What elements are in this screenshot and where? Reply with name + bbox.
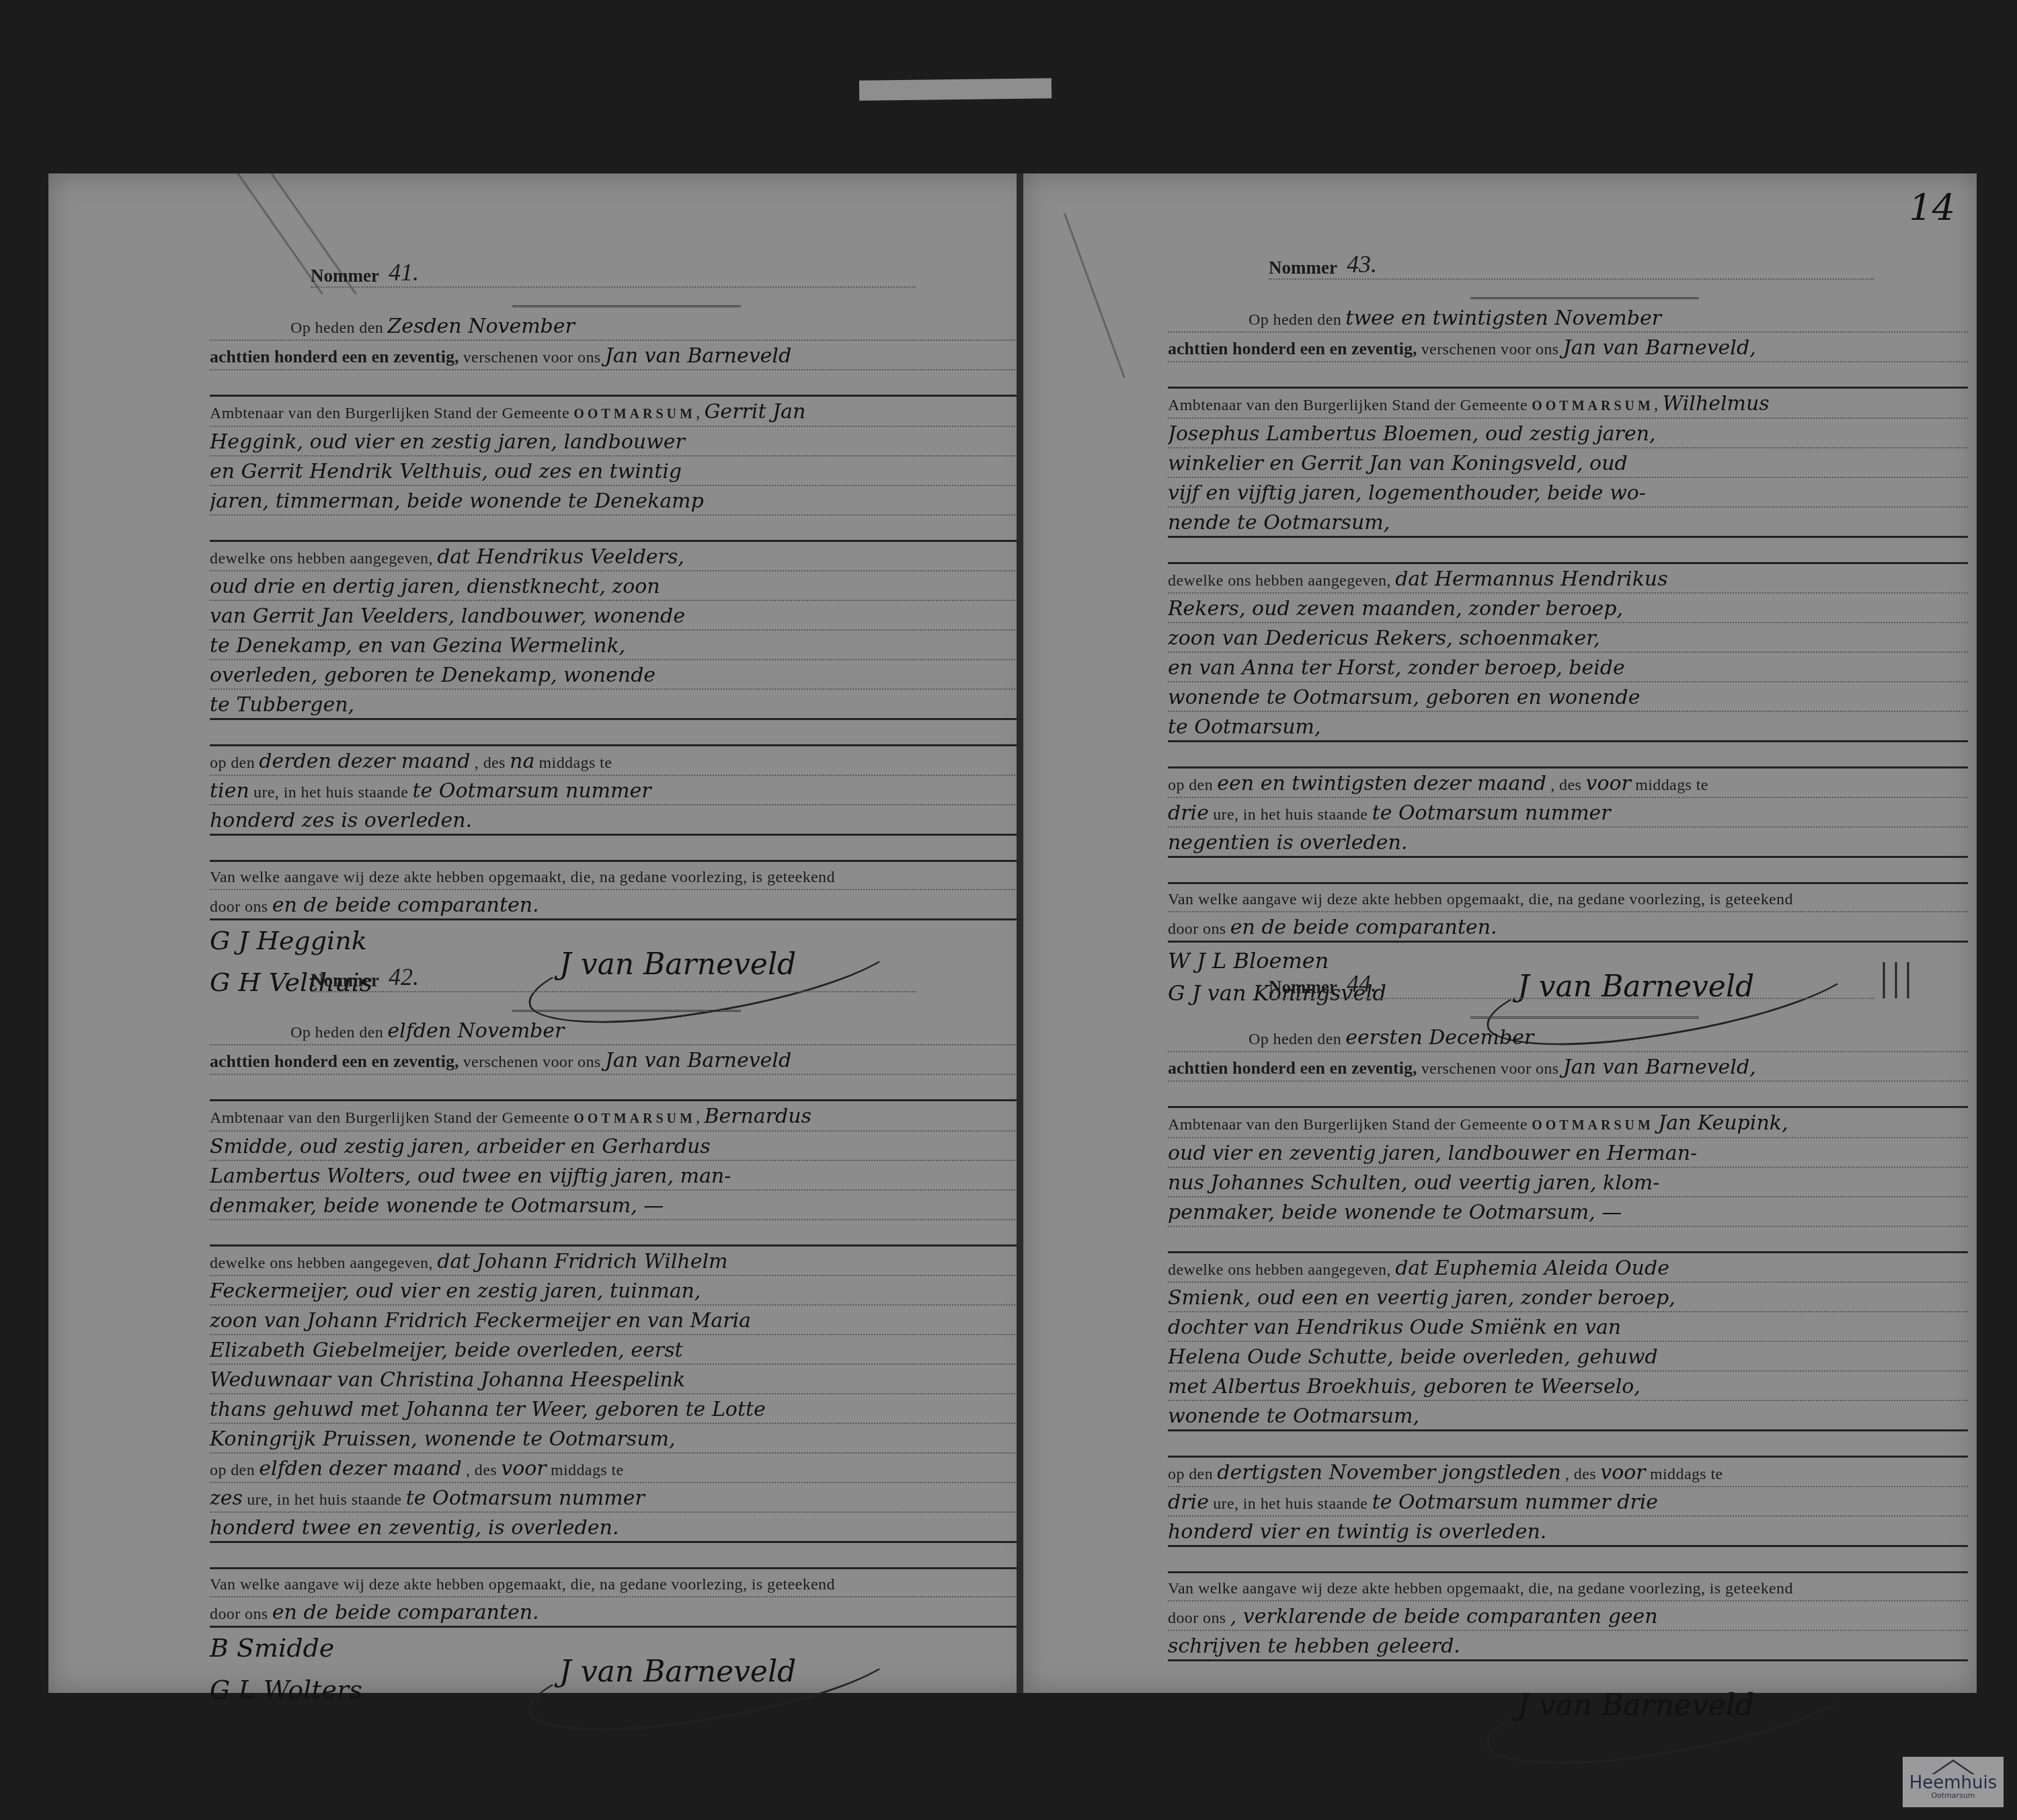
- declaration-line: oud drie en dertig jaren, dienstknecht, …: [210, 571, 1050, 601]
- death-place-line: drie ure, in het huis staande te Ootmars…: [1168, 798, 1968, 828]
- house-roof-icon: [1932, 1759, 1975, 1774]
- page-scratch: [1064, 213, 1125, 378]
- informants-line: en Gerrit Hendrik Velthuis, oud zes en t…: [210, 457, 1050, 486]
- record-number: Nommer 41.: [311, 249, 916, 288]
- double-rule: [1470, 297, 1699, 303]
- official-signature: J van Barneveld: [1517, 1688, 1754, 1723]
- closing-line: door ons en de beide comparanten.: [210, 1597, 1050, 1628]
- double-rule: [512, 305, 741, 311]
- informants-line: oud vier en zeventig jaren, landbouwer e…: [1168, 1138, 1968, 1168]
- informants-line: nus Johannes Schulten, oud veertig jaren…: [1168, 1168, 1968, 1197]
- rule: [210, 1543, 1050, 1569]
- informants-line: Ambtenaar van den Burgerlijken Stand der…: [1168, 389, 1968, 419]
- closing-line: door ons en de beide comparanten.: [1168, 912, 1968, 943]
- death-place-line: negentien is overleden.: [1168, 828, 1968, 858]
- rule: [1168, 1227, 1968, 1253]
- declaration-line: te Ootmarsum,: [1168, 712, 1968, 742]
- declaration-line: te Denekamp, en van Gezina Wermelink,: [210, 631, 1050, 660]
- folio-number: 14: [1909, 187, 1955, 229]
- rule: [210, 516, 1050, 542]
- informants-line: Heggink, oud vier en zestig jaren, landb…: [210, 427, 1050, 457]
- declaration-line: te Tubbergen,: [210, 690, 1050, 720]
- date-line: Op heden den elfden November: [210, 1016, 1050, 1045]
- rule: [1168, 858, 1968, 884]
- declaration-line: dewelke ons hebben aangegeven, dat Euphe…: [1168, 1253, 1968, 1283]
- death-record-42: Nommer 42. Op heden den elfden November …: [210, 953, 1050, 1729]
- declaration-line: overleden, geboren te Denekamp, wonende: [210, 660, 1050, 690]
- declaration-line: Weduwnaar van Christina Johanna Heespeli…: [210, 1365, 1050, 1394]
- record-number: Nommer 42.: [311, 953, 916, 992]
- death-time-line: op den derden dezer maand , des na midda…: [210, 746, 1050, 776]
- rule: [1168, 538, 1968, 564]
- declaration-line: wonende te Ootmarsum,: [1168, 1401, 1968, 1431]
- declaration-line: en van Anna ter Horst, zonder beroep, be…: [1168, 653, 1968, 682]
- date-line: Op heden den Zesden November: [210, 311, 1050, 341]
- declaration-line: Smienk, oud een en veertig jaren, zonder…: [1168, 1283, 1968, 1312]
- closing-line: Van welke aangave wij deze akte hebben o…: [210, 1569, 1050, 1597]
- declaration-line: Rekers, oud zeven maanden, zonder beroep…: [1168, 594, 1968, 623]
- witness-signature: G L Wolters: [210, 1675, 362, 1704]
- closing-line: door ons en de beide comparanten.: [210, 890, 1050, 920]
- death-time-line: op den dertigsten November jongstleden ,…: [1168, 1458, 1968, 1487]
- rule: [210, 1075, 1050, 1101]
- signatures: J van Barneveld: [1168, 1661, 1968, 1762]
- declaration-line: dochter van Hendrikus Oude Smiënk en van: [1168, 1312, 1968, 1342]
- record-number: Nommer 44.: [1269, 960, 1874, 999]
- informants-line: penmaker, beide wonende te Ootmarsum, —: [1168, 1197, 1968, 1227]
- declaration-line: dewelke ons hebben aangegeven, dat Hendr…: [210, 542, 1050, 571]
- rule: [1168, 742, 1968, 768]
- rule: [210, 370, 1050, 397]
- declaration-line: van Gerrit Jan Veelders, landbouwer, won…: [210, 601, 1050, 631]
- declaration-line: thans gehuwd met Johanna ter Weer, gebor…: [210, 1394, 1050, 1424]
- official-signature: J van Barneveld: [559, 1655, 796, 1689]
- death-record-44: Nommer 44. Op heden den eersten December…: [1168, 960, 1968, 1762]
- informants-line: Ambtenaar van den Burgerlijken Stand der…: [210, 1101, 1050, 1132]
- right-page: 14 ||| Nommer 43. Op heden den twee en t…: [1023, 173, 1977, 1693]
- rule: [1168, 362, 1968, 389]
- death-record-43: Nommer 43. Op heden den twee en twintigs…: [1168, 241, 1968, 1043]
- rule: [210, 836, 1050, 862]
- informants-line: Smidde, oud zestig jaren, arbeider en Ge…: [210, 1132, 1050, 1161]
- death-time-line: op den elfden dezer maand , des voor mid…: [210, 1454, 1050, 1483]
- date-line: Op heden den twee en twintigsten Novembe…: [1168, 303, 1968, 333]
- declaration-line: zoon van Dedericus Rekers, schoenmaker,: [1168, 623, 1968, 653]
- informants-line: vijf en vijftig jaren, logementhouder, b…: [1168, 478, 1968, 508]
- date-line: Op heden den eersten December: [1168, 1023, 1968, 1052]
- year-official-line: achttien honderd een en zeventig, versch…: [210, 341, 1050, 370]
- year-official-line: achttien honderd een en zeventig, versch…: [210, 1045, 1050, 1075]
- informants-line: Lambertus Wolters, oud twee en vijftig j…: [210, 1161, 1050, 1191]
- signatures: B Smidde G L Wolters J van Barneveld: [210, 1628, 1050, 1729]
- witness-signature: B Smidde: [210, 1633, 334, 1663]
- archive-watermark: Heemhuis Ootmarsum: [1903, 1757, 2004, 1807]
- closing-line: schrijven te hebben geleerd.: [1168, 1631, 1968, 1661]
- witness-signature: G J Heggink: [210, 926, 367, 955]
- closing-line: Van welke aangave wij deze akte hebben o…: [1168, 1573, 1968, 1601]
- death-place-line: honderd vier en twintig is overleden.: [1168, 1517, 1968, 1547]
- double-rule: [512, 1010, 741, 1016]
- death-record-41: Nommer 41. Op heden den Zesden November …: [210, 249, 1050, 1021]
- declaration-line: zoon van Johann Fridrich Feckermeijer en…: [210, 1306, 1050, 1335]
- informants-line: denmaker, beide wonende te Ootmarsum, —: [210, 1191, 1050, 1220]
- informants-line: Ambtenaar van den Burgerlijken Stand der…: [1168, 1108, 1968, 1138]
- death-place-line: honderd twee en zeventig, is overleden.: [210, 1513, 1050, 1543]
- rule: [1168, 1082, 1968, 1108]
- death-place-line: drie ure, in het huis staande te Ootmars…: [1168, 1487, 1968, 1517]
- declaration-line: Koningrijk Pruissen, wonende te Ootmarsu…: [210, 1424, 1050, 1454]
- rule: [210, 720, 1050, 746]
- double-rule: [1470, 1017, 1699, 1023]
- rule: [1168, 1431, 1968, 1458]
- record-number: Nommer 43.: [1269, 241, 1874, 280]
- declaration-line: dewelke ons hebben aangegeven, dat Johan…: [210, 1247, 1050, 1276]
- death-place-line: tien ure, in het huis staande te Ootmars…: [210, 776, 1050, 805]
- closing-line: Van welke aangave wij deze akte hebben o…: [1168, 884, 1968, 912]
- declaration-line: Elizabeth Giebelmeijer, beide overleden,…: [210, 1335, 1050, 1365]
- left-page: Nommer 41. Op heden den Zesden November …: [48, 173, 1033, 1693]
- closing-line: Van welke aangave wij deze akte hebben o…: [210, 862, 1050, 890]
- closing-line: door ons , verklarende de beide comparan…: [1168, 1601, 1968, 1631]
- death-time-line: op den een en twintigsten dezer maand , …: [1168, 768, 1968, 798]
- informants-line: Josephus Lambertus Bloemen, oud zestig j…: [1168, 419, 1968, 448]
- death-place-line: zes ure, in het huis staande te Ootmarsu…: [210, 1483, 1050, 1513]
- informants-line: nende te Ootmarsum,: [1168, 508, 1968, 538]
- year-official-line: achttien honderd een en zeventig, versch…: [1168, 333, 1968, 362]
- declaration-line: Helena Oude Schutte, beide overleden, ge…: [1168, 1342, 1968, 1372]
- year-official-line: achttien honderd een en zeventig, versch…: [1168, 1052, 1968, 1082]
- rule: [1168, 1547, 1968, 1573]
- death-place-line: honderd zes is overleden.: [210, 805, 1050, 836]
- archive-label-strip: [859, 78, 1052, 100]
- declaration-line: Feckermeijer, oud vier en zestig jaren, …: [210, 1276, 1050, 1306]
- informants-line: Ambtenaar van den Burgerlijken Stand der…: [210, 397, 1050, 427]
- informants-line: winkelier en Gerrit Jan van Koningsveld,…: [1168, 448, 1968, 478]
- rule: [210, 1220, 1050, 1247]
- declaration-line: dewelke ons hebben aangegeven, dat Herma…: [1168, 564, 1968, 594]
- declaration-line: wonende te Ootmarsum, geboren en wonende: [1168, 682, 1968, 712]
- declaration-line: met Albertus Broekhuis, geboren te Weers…: [1168, 1372, 1968, 1401]
- informants-line: jaren, timmerman, beide wonende te Denek…: [210, 486, 1050, 516]
